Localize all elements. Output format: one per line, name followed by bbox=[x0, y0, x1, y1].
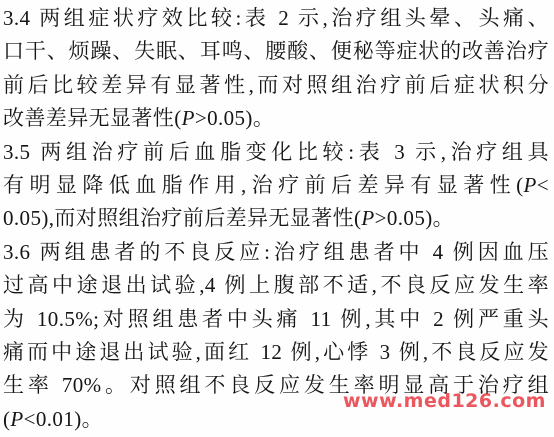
text-line: 前后比较差异有显著性,而对照组治疗前后症状积分 bbox=[3, 69, 549, 102]
stat-variable-p: P bbox=[361, 206, 374, 230]
text-line: 0.05),而对照组治疗前后差异无显著性(P>0.05)。 bbox=[3, 202, 549, 235]
text-line: 痛而中途退出试验,面红 12 例,心悸 3 例,不良反应发 bbox=[3, 336, 549, 369]
stat-variable-p: P bbox=[182, 106, 195, 130]
stat-variable-p: P bbox=[524, 173, 537, 197]
text-line: 3.6 两组患者的不良反应:治疗组患者中 4 例因血压 bbox=[3, 236, 549, 269]
text-line: 过高中途退出试验,4 例上腹部不适,不良反应发生率 bbox=[3, 269, 549, 302]
text-line: (P<0.01)。 bbox=[3, 403, 549, 436]
text-line: 改善差异无显著性(P>0.05)。 bbox=[3, 102, 549, 135]
article-body: 3.4 两组症状疗效比较:表 2 示,治疗组头晕、头痛、口干、烦躁、失眠、耳鸣、… bbox=[3, 2, 549, 436]
text-line: 生率 70%。对照组不良反应发生率明显高于治疗组 bbox=[3, 369, 549, 402]
paragraph-3-6: 3.6 两组患者的不良反应:治疗组患者中 4 例因血压过高中途退出试验,4 例上… bbox=[3, 236, 549, 436]
document-page: 3.4 两组症状疗效比较:表 2 示,治疗组头晕、头痛、口干、烦躁、失眠、耳鸣、… bbox=[0, 0, 554, 437]
stat-variable-p: P bbox=[10, 407, 23, 431]
text-line: 3.4 两组症状疗效比较:表 2 示,治疗组头晕、头痛、 bbox=[3, 2, 549, 35]
text-line: 有明显降低血脂作用,治疗前后差异有显著性(P< bbox=[3, 169, 549, 202]
paragraph-3-5: 3.5 两组治疗前后血脂变化比较:表 3 示,治疗组具有明显降低血脂作用,治疗前… bbox=[3, 136, 549, 236]
text-line: 口干、烦躁、失眠、耳鸣、腰酸、便秘等症状的改善治疗 bbox=[3, 35, 549, 68]
paragraph-3-4: 3.4 两组症状疗效比较:表 2 示,治疗组头晕、头痛、口干、烦躁、失眠、耳鸣、… bbox=[3, 2, 549, 136]
text-line: 为 10.5%;对照组患者中头痛 11 例,其中 2 例严重头 bbox=[3, 303, 549, 336]
text-line: 3.5 两组治疗前后血脂变化比较:表 3 示,治疗组具 bbox=[3, 136, 549, 169]
